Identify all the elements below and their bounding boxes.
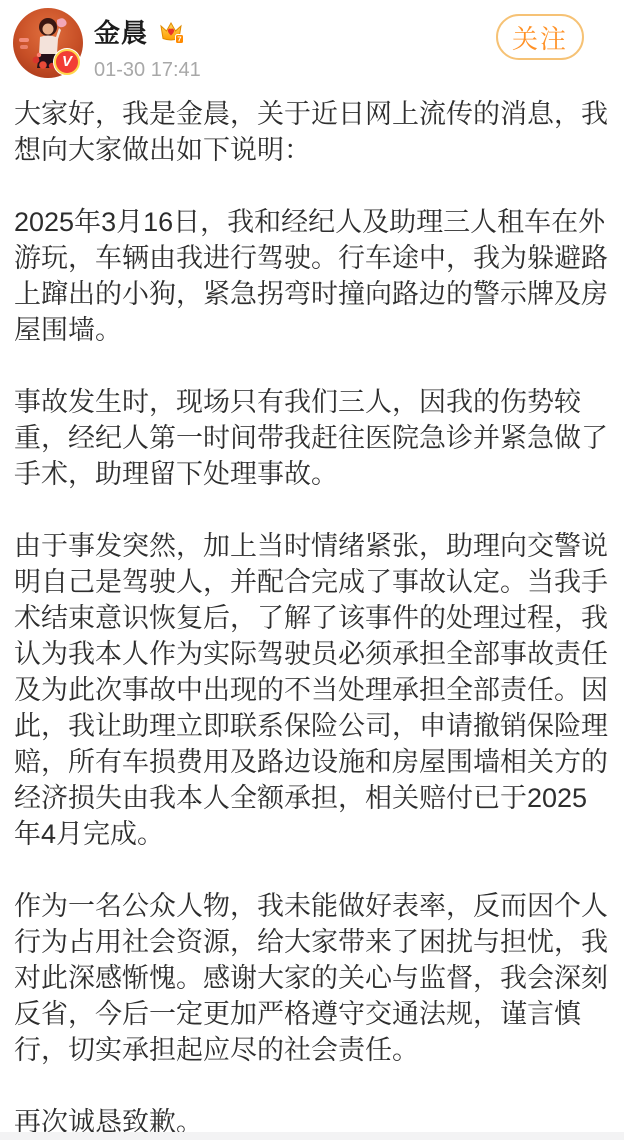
bottom-separator xyxy=(0,1132,624,1140)
paragraph-accident: 2025年3月16日，我和经纪人及助理三人租车在外游玩，车辆由我进行驾驶。行车途… xyxy=(14,204,610,348)
vip-level-number: 7 xyxy=(177,34,181,43)
post-card: V 金晨 7 01-30 17:41 xyxy=(0,0,624,1140)
verified-v-icon: V xyxy=(54,49,80,75)
user-block: 金晨 7 01-30 17:41 xyxy=(94,13,201,82)
follow-button[interactable]: 关注 xyxy=(496,14,584,60)
paragraph-hospital: 事故发生时，现场只有我们三人，因我的伤势较重，经纪人第一时间带我赶往医院急诊并紧… xyxy=(14,384,610,492)
paragraph-responsibility: 由于事发突然，加上当时情绪紧张，助理向交警说明自己是驾驶人，并配合完成了事故认定… xyxy=(14,528,610,852)
username[interactable]: 金晨 xyxy=(94,13,148,50)
post-body: 大家好，我是金晨，关于近日网上流传的消息，我想向大家做出如下说明： 2025年3… xyxy=(0,96,624,1140)
post-header: V 金晨 7 01-30 17:41 xyxy=(0,0,624,96)
paragraph-reflection: 作为一名公众人物，我未能做好表率，反而因个人行为占用社会资源，给大家带来了困扰与… xyxy=(14,888,610,1068)
vip-crown-icon: 7 xyxy=(158,19,184,45)
timestamp: 01-30 17:41 xyxy=(94,59,201,82)
paragraph-intro: 大家好，我是金晨，关于近日网上流传的消息，我想向大家做出如下说明： xyxy=(14,96,610,168)
